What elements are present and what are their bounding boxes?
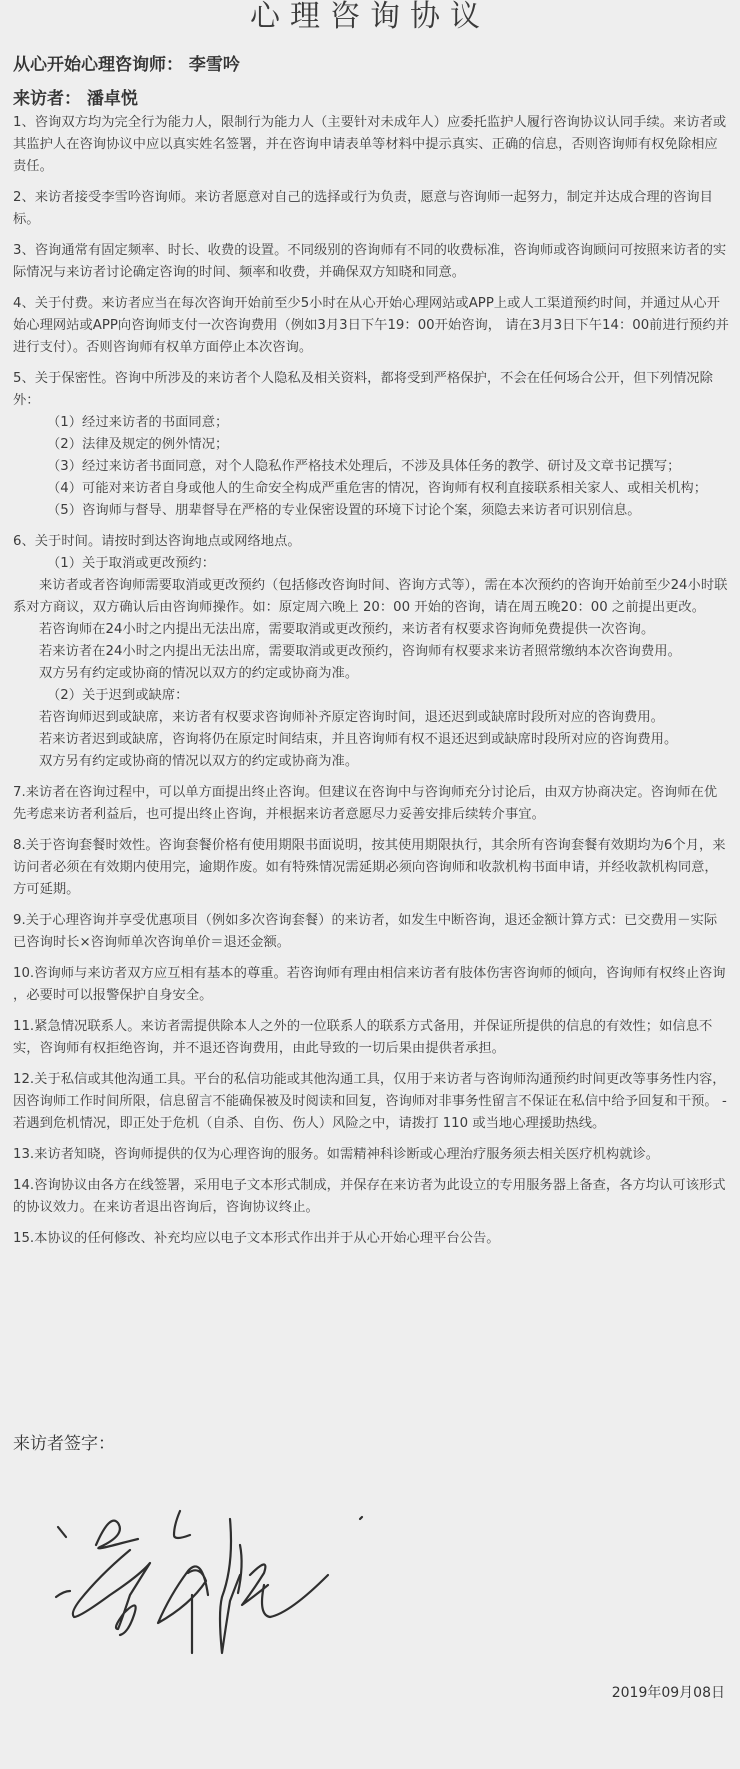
- clause-text: 13.来访者知晓，咨询师提供的仅为心理咨询的服务。如需精神科诊断或心理治疗服务须…: [13, 1144, 729, 1166]
- clause-text: 5、关于保密性。咨询中所涉及的来访者个人隐私及相关资料，都将受到严格保护，不会在…: [13, 368, 729, 412]
- clause-4: 4、关于付费。来访者应当在每次咨询开始前至少5小时在从心开始心理网站或APP上或…: [13, 293, 729, 359]
- visitor-name: 潘卓悦: [87, 89, 138, 109]
- counselor-label: 从心开始心理咨询师：: [13, 55, 183, 75]
- sub-item: （4）可能对来访者自身或他人的生命安全构成严重危害的情况，咨询师有权利直接联系相…: [13, 478, 729, 500]
- clause-7: 7.来访者在咨询过程中，可以单方面提出终止咨询。但建议在咨询中与咨询师充分讨论后…: [13, 782, 729, 826]
- clause-9: 9.关于心理咨询并享受优惠项目（例如多次咨询套餐）的来访者，如发生中断咨询，退还…: [13, 910, 729, 954]
- document-title: 心理咨询协议: [0, 0, 740, 34]
- clause-14: 14.咨询协议由各方在线签署，采用电子文本形式制成，并保存在来访者为此设立的专用…: [13, 1175, 729, 1219]
- clause-1: 1、咨询双方均为完全行为能力人，限制行为能力人（主要针对未成年人）应委托监护人履…: [13, 112, 729, 178]
- clause-text: 7.来访者在咨询过程中，可以单方面提出终止咨询。但建议在咨询中与咨询师充分讨论后…: [13, 782, 729, 826]
- clause-3: 3、咨询通常有固定频率、时长、收费的设置。不同级别的咨询师有不同的收费标准，咨询…: [13, 240, 729, 284]
- signature-date: 2019年09月08日: [612, 1682, 725, 1702]
- sub-text: 双方另有约定或协商的情况以双方的约定或协商为准。: [13, 663, 729, 685]
- sub-item: （2）法律及规定的例外情况；: [13, 434, 729, 456]
- sub-text: 双方另有约定或协商的情况以双方的约定或协商为准。: [13, 751, 729, 773]
- handwritten-signature-icon: [40, 1505, 380, 1665]
- clause-text: 4、关于付费。来访者应当在每次咨询开始前至少5小时在从心开始心理网站或APP上或…: [13, 293, 729, 359]
- visitor-line: 来访者： 潘卓悦: [13, 84, 138, 109]
- sub-text: 若来访者迟到或缺席，咨询将仍在原定时间结束，并且咨询师有权不退还迟到或缺席时段所…: [13, 729, 729, 751]
- visitor-label: 来访者：: [13, 89, 81, 109]
- sub-text: 若咨询师在24小时之内提出无法出席，需要取消或更改预约，来访者有权要求咨询师免费…: [13, 619, 729, 641]
- sub-item: （3）经过来访者书面同意，对个人隐私作严格技术处理后，不涉及具体任务的教学、研讨…: [13, 456, 729, 478]
- sub-item: （5）咨询师与督导、朋辈督导在严格的专业保密设置的环境下讨论个案，须隐去来访者可…: [13, 500, 729, 522]
- sub-heading: （2）关于迟到或缺席：: [13, 685, 729, 707]
- sub-heading: （1）关于取消或更改预约：: [13, 553, 729, 575]
- clause-11: 11.紧急情况联系人。来访者需提供除本人之外的一位联系人的联系方式备用，并保证所…: [13, 1016, 729, 1060]
- sub-text: 来访者或者咨询师需要取消或更改预约（包括修改咨询时间、咨询方式等），需在本次预约…: [13, 575, 729, 619]
- sub-item: （1）经过来访者的书面同意；: [13, 412, 729, 434]
- sub-text: 若来访者在24小时之内提出无法出席，需要取消或更改预约，咨询师有权要求来访者照常…: [13, 641, 729, 663]
- clause-text: 2、来访者接受李雪吟咨询师。来访者愿意对自己的选择或行为负责，愿意与咨询师一起努…: [13, 187, 729, 231]
- clause-10: 10.咨询师与来访者双方应互相有基本的尊重。若咨询师有理由相信来访者有肢体伤害咨…: [13, 963, 729, 1007]
- clause-8: 8.关于咨询套餐时效性。咨询套餐价格有使用期限书面说明，按其使用期限执行，其余所…: [13, 835, 729, 901]
- clause-12: 12.关于私信或其他沟通工具。平台的私信功能或其他沟通工具，仅用于来访者与咨询师…: [13, 1069, 729, 1135]
- clause-2: 2、来访者接受李雪吟咨询师。来访者愿意对自己的选择或行为负责，愿意与咨询师一起努…: [13, 187, 729, 231]
- counselor-name: 李雪吟: [189, 55, 240, 75]
- signature-label: 来访者签字：: [13, 1429, 115, 1454]
- clause-13: 13.来访者知晓，咨询师提供的仅为心理咨询的服务。如需精神科诊断或心理治疗服务须…: [13, 1144, 729, 1166]
- counselor-line: 从心开始心理咨询师： 李雪吟: [13, 50, 240, 75]
- clause-6: 6、关于时间。请按时到达咨询地点或网络地点。 （1）关于取消或更改预约： 来访者…: [13, 531, 729, 773]
- clause-5: 5、关于保密性。咨询中所涉及的来访者个人隐私及相关资料，都将受到严格保护，不会在…: [13, 368, 729, 522]
- clause-text: 14.咨询协议由各方在线签署，采用电子文本形式制成，并保存在来访者为此设立的专用…: [13, 1175, 729, 1219]
- clause-text: 12.关于私信或其他沟通工具。平台的私信功能或其他沟通工具，仅用于来访者与咨询师…: [13, 1069, 729, 1135]
- clause-text: 10.咨询师与来访者双方应互相有基本的尊重。若咨询师有理由相信来访者有肢体伤害咨…: [13, 963, 729, 1007]
- clause-text: 6、关于时间。请按时到达咨询地点或网络地点。: [13, 531, 729, 553]
- clause-text: 3、咨询通常有固定频率、时长、收费的设置。不同级别的咨询师有不同的收费标准，咨询…: [13, 240, 729, 284]
- clause-text: 11.紧急情况联系人。来访者需提供除本人之外的一位联系人的联系方式备用，并保证所…: [13, 1016, 729, 1060]
- clause-text: 8.关于咨询套餐时效性。咨询套餐价格有使用期限书面说明，按其使用期限执行，其余所…: [13, 835, 729, 901]
- clause-15: 15.本协议的任何修改、补充均应以电子文本形式作出并于从心开始心理平台公告。: [13, 1228, 729, 1250]
- clause-text: 9.关于心理咨询并享受优惠项目（例如多次咨询套餐）的来访者，如发生中断咨询，退还…: [13, 910, 729, 954]
- clause-text: 1、咨询双方均为完全行为能力人，限制行为能力人（主要针对未成年人）应委托监护人履…: [13, 112, 729, 178]
- sub-text: 若咨询师迟到或缺席，来访者有权要求咨询师补齐原定咨询时间，退还迟到或缺席时段所对…: [13, 707, 729, 729]
- agreement-body: 1、咨询双方均为完全行为能力人，限制行为能力人（主要针对未成年人）应委托监护人履…: [13, 112, 729, 1259]
- clause-text: 15.本协议的任何修改、补充均应以电子文本形式作出并于从心开始心理平台公告。: [13, 1228, 729, 1250]
